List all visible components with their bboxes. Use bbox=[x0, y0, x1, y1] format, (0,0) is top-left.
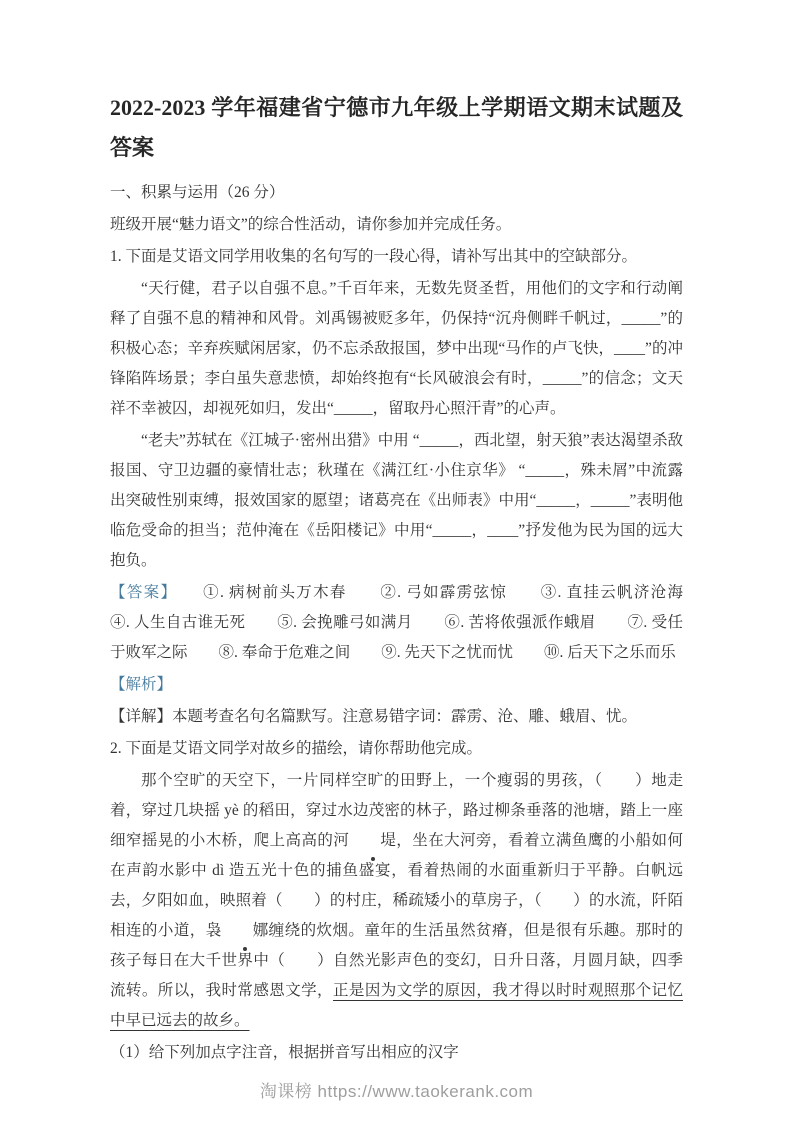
footer-site-link[interactable]: 淘课榜 https://www.taokerank.com bbox=[260, 1082, 533, 1101]
detail-explanation-1: 【详解】本题考查名句名篇默写。注意易错字词：霹雳、沧、雕、蛾眉、忧。 bbox=[110, 702, 683, 732]
question-2-sub-1: （1）给下列加点字注音，根据拼音写出相应的汉字 bbox=[110, 1038, 683, 1068]
question-1-passage-1: “天行健，君子以自强不息。”千百年来，无数先贤圣哲，用他们的文字和行动阐释了自强… bbox=[110, 274, 683, 424]
exam-document-page: 2022-2023 学年福建省宁德市九年级上学期语文期末试题及答案 一、积累与运… bbox=[0, 0, 793, 1122]
question-2: 2. 下面是艾语文同学对故乡的描绘，请你帮助他完成。 bbox=[110, 734, 683, 764]
task-intro: 班级开展“魅力语文”的综合性活动，请你参加并完成任务。 bbox=[110, 210, 683, 240]
analysis-label-1: 【解析】 bbox=[110, 670, 683, 700]
section-heading: 一、积累与运用（26 分） bbox=[110, 178, 683, 208]
question-2-passage: 那个空旷的天空下，一片同样空旷的田野上，一个瘦弱的男孩，（ ）地走着，穿过几块摇… bbox=[110, 766, 683, 1036]
question-1-passage-2: “老夫”苏轼在《江城子·密州出猎》中用 “_____，西北望，射天狼”表达渴望杀… bbox=[110, 426, 683, 576]
document-title: 2022-2023 学年福建省宁德市九年级上学期语文期末试题及答案 bbox=[110, 88, 683, 168]
question-1: 1. 下面是艾语文同学用收集的名句写的一段心得，请补写出其中的空缺部分。 bbox=[110, 242, 683, 272]
site-footer: 淘课榜 https://www.taokerank.com bbox=[0, 1077, 793, 1102]
answer-1: 【答案】 ①. 病树前头万木春 ②. 弓如霹雳弦惊 ③. 直挂云帆济沧海 ④. … bbox=[110, 578, 683, 668]
